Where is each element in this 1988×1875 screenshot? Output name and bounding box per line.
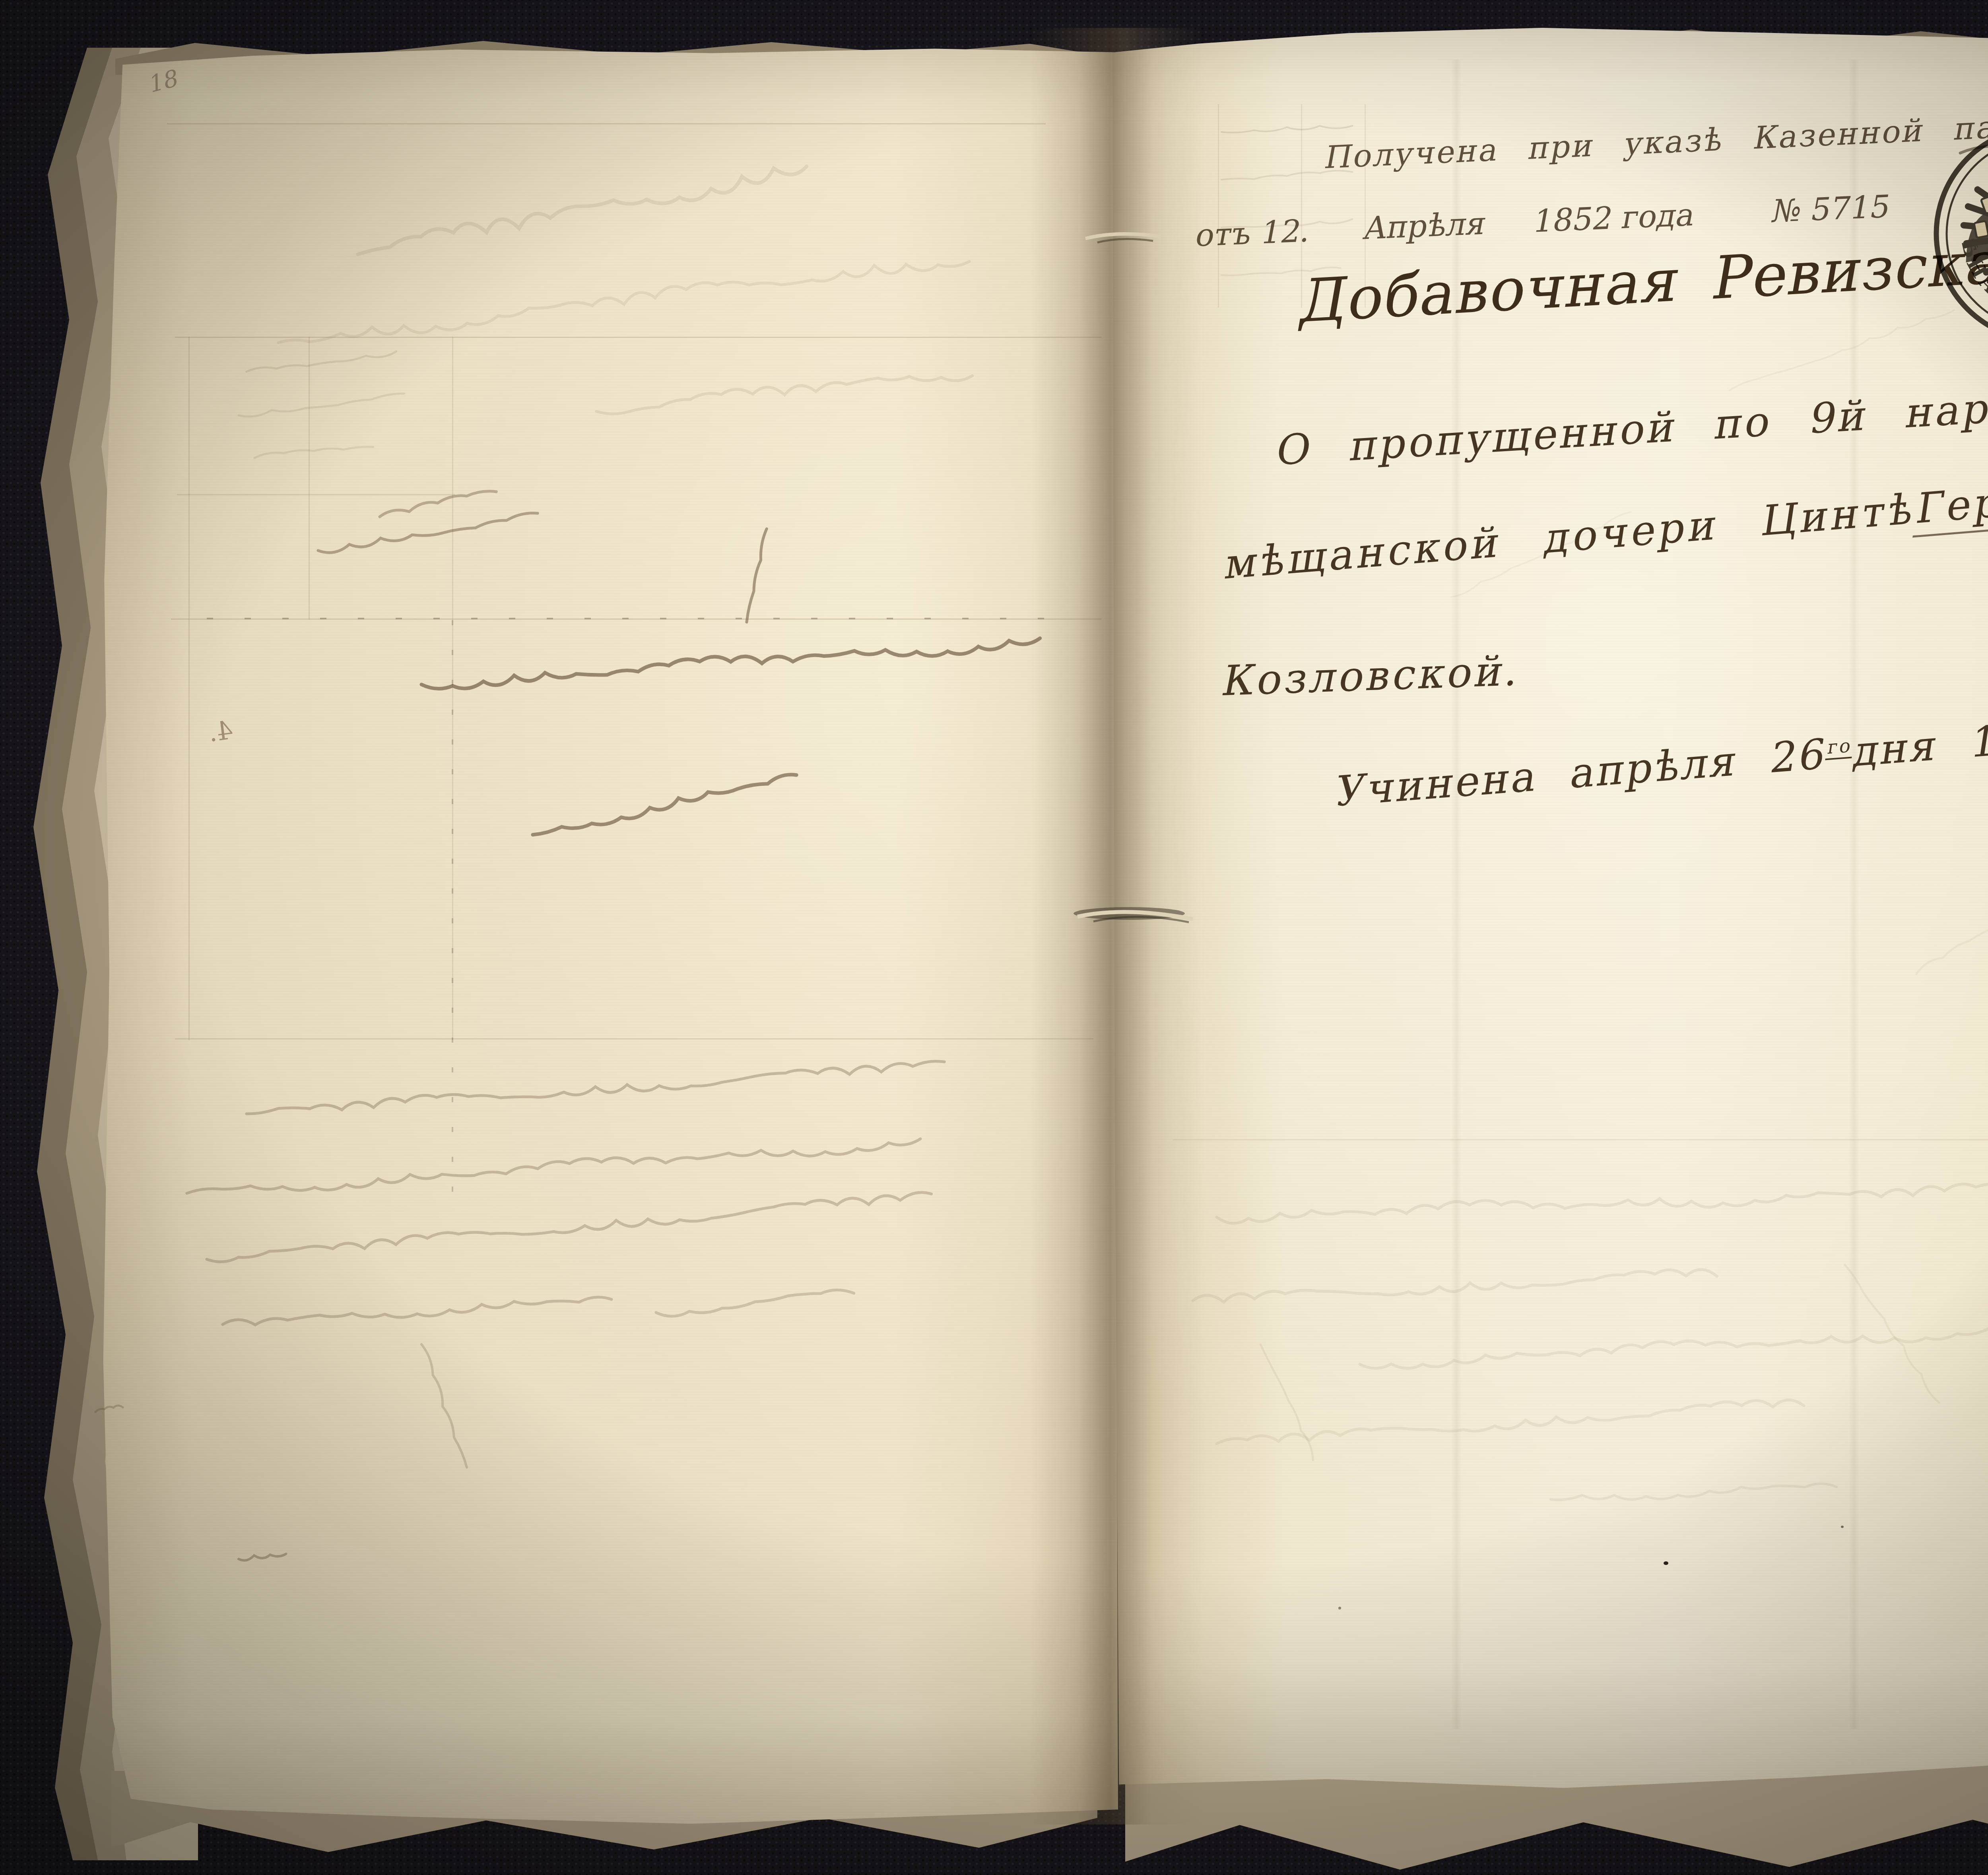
table-line xyxy=(175,1038,1093,1039)
open-book: Получена при указѣ Казенной палаты отъ 1… xyxy=(0,0,1988,1875)
ink-speck xyxy=(1841,1526,1844,1528)
ink-speck xyxy=(1664,1561,1668,1565)
mirrored-margin-mark: 4. xyxy=(207,716,235,748)
table-line xyxy=(309,337,310,620)
paper-fiber-texture xyxy=(100,47,1118,1824)
archival-scan-photo: { "right_page": { "receipt_note": { "lin… xyxy=(0,0,1988,1875)
binding-stitch xyxy=(1081,215,1169,262)
faint-rule xyxy=(1218,104,1219,308)
table-line xyxy=(188,337,190,1040)
table-line xyxy=(177,494,455,495)
note-date-from: отъ 12. xyxy=(1193,213,1314,254)
note-date-year: 1852 года xyxy=(1530,197,1698,240)
date-line-sup1: го xyxy=(1825,735,1855,760)
table-line-dashed xyxy=(207,618,1062,619)
left-page xyxy=(100,47,1118,1824)
ink-speck xyxy=(1338,1607,1341,1609)
faint-rule xyxy=(1173,1139,1988,1140)
table-line-dashed xyxy=(452,620,453,1216)
note-number: № 5715 xyxy=(1769,188,1894,229)
binding-stitch xyxy=(1070,882,1201,946)
note-date-month: Апрѣля xyxy=(1361,206,1490,247)
table-line xyxy=(175,337,1101,338)
table-line xyxy=(167,123,1046,124)
